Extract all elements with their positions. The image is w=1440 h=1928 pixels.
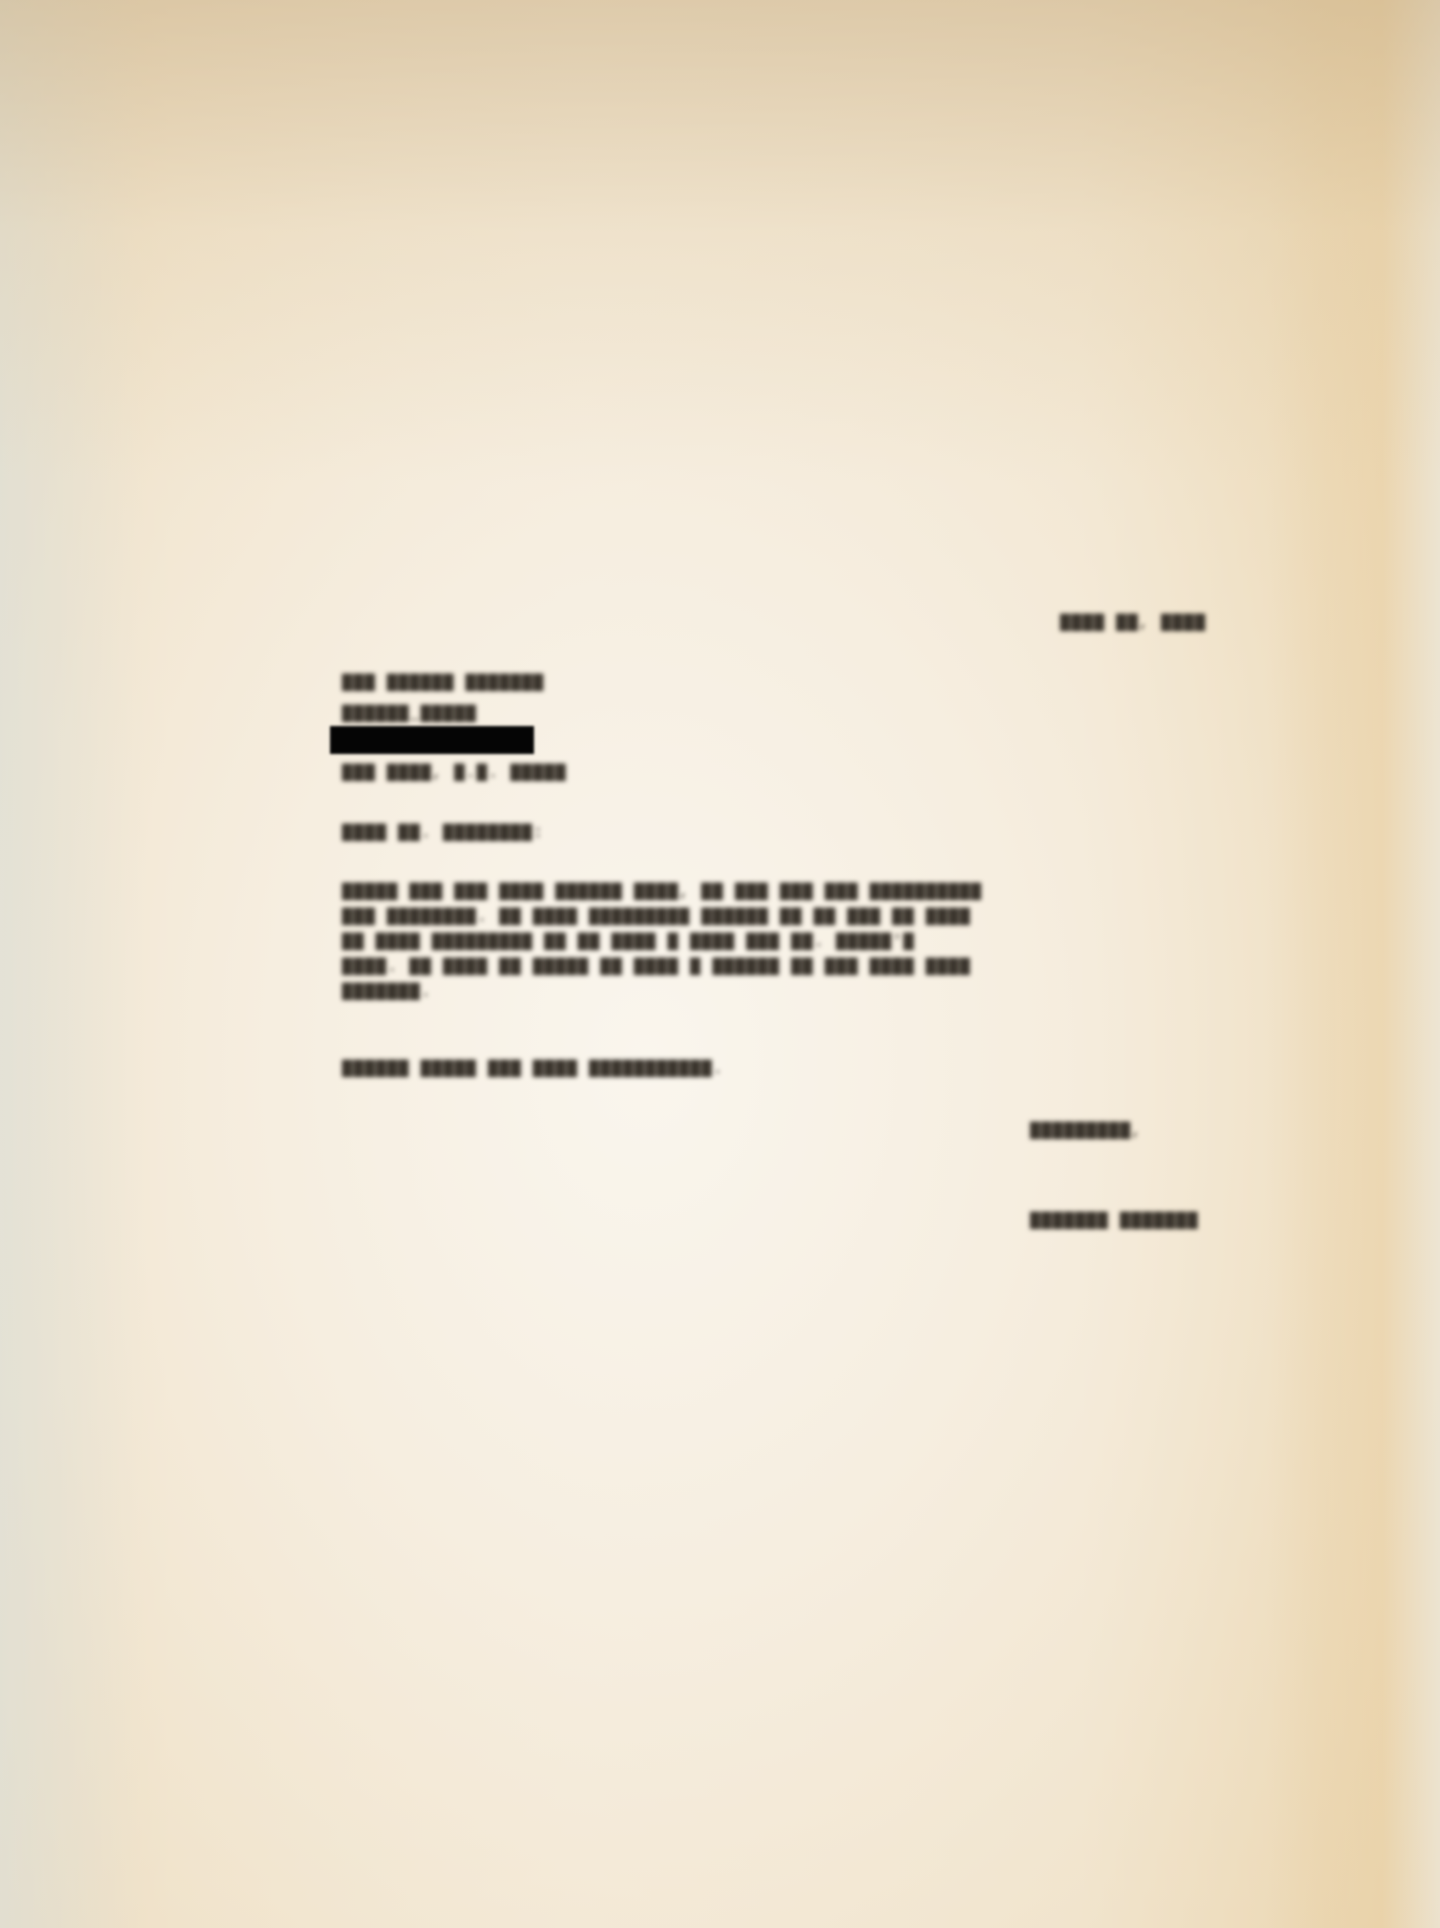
body-line: ▇▇ ▇▇▇▇ ▇▇▇▇▇▇▇▇▇ ▇▇ ▇▇ ▇▇▇▇ ▇ ▇▇▇▇ ▇▇▇ …	[342, 930, 1202, 955]
complimentary-close: ▇▇▇▇▇▇▇▇▇,	[1030, 1120, 1142, 1141]
recipient-city-line: ▇▇▇ ▇▇▇▇, ▇.▇. ▇▇▇▇▇	[342, 762, 567, 783]
letter-page: ▇▇▇▇ ▇▇, ▇▇▇▇ ▇▇▇ ▇▇▇▇▇▇ ▇▇▇▇▇▇▇ ▇▇▇▇▇▇ …	[0, 0, 1440, 1928]
date-line: ▇▇▇▇ ▇▇, ▇▇▇▇	[1060, 612, 1206, 633]
salutation: ▇▇▇▇ ▇▇. ▇▇▇▇▇▇▇▇:	[342, 822, 544, 843]
body-line: ▇▇▇▇▇ ▇▇▇ ▇▇▇ ▇▇▇▇ ▇▇▇▇▇▇ ▇▇▇▇, ▇▇ ▇▇▇ ▇…	[342, 880, 1202, 905]
recipient-name: ▇▇▇ ▇▇▇▇▇▇ ▇▇▇▇▇▇▇	[342, 672, 544, 693]
body-line: ▇▇▇ ▇▇▇▇▇▇▇▇. ▇▇ ▇▇▇▇ ▇▇▇▇▇▇▇▇▇ ▇▇▇▇▇▇ ▇…	[342, 905, 1202, 930]
recipient-line-2: ▇▇▇▇▇▇ ▇▇▇▇▇	[342, 703, 477, 724]
body-line: ▇▇▇▇▇▇▇.	[342, 980, 1202, 1005]
signature-name: ▇▇▇▇▇▇▇ ▇▇▇▇▇▇▇	[1030, 1210, 1199, 1231]
closing-paragraph: ▇▇▇▇▇▇ ▇▇▇▇▇ ▇▇▇ ▇▇▇▇ ▇▇▇▇▇▇▇▇▇▇▇.	[342, 1058, 724, 1079]
body-paragraph: ▇▇▇▇▇ ▇▇▇ ▇▇▇ ▇▇▇▇ ▇▇▇▇▇▇ ▇▇▇▇, ▇▇ ▇▇▇ ▇…	[342, 880, 1202, 1005]
redaction-bar	[330, 726, 534, 754]
body-line: ▇▇▇▇. ▇▇ ▇▇▇▇ ▇▇ ▇▇▇▇▇ ▇▇ ▇▇▇▇ ▇ ▇▇▇▇▇▇ …	[342, 955, 1202, 980]
